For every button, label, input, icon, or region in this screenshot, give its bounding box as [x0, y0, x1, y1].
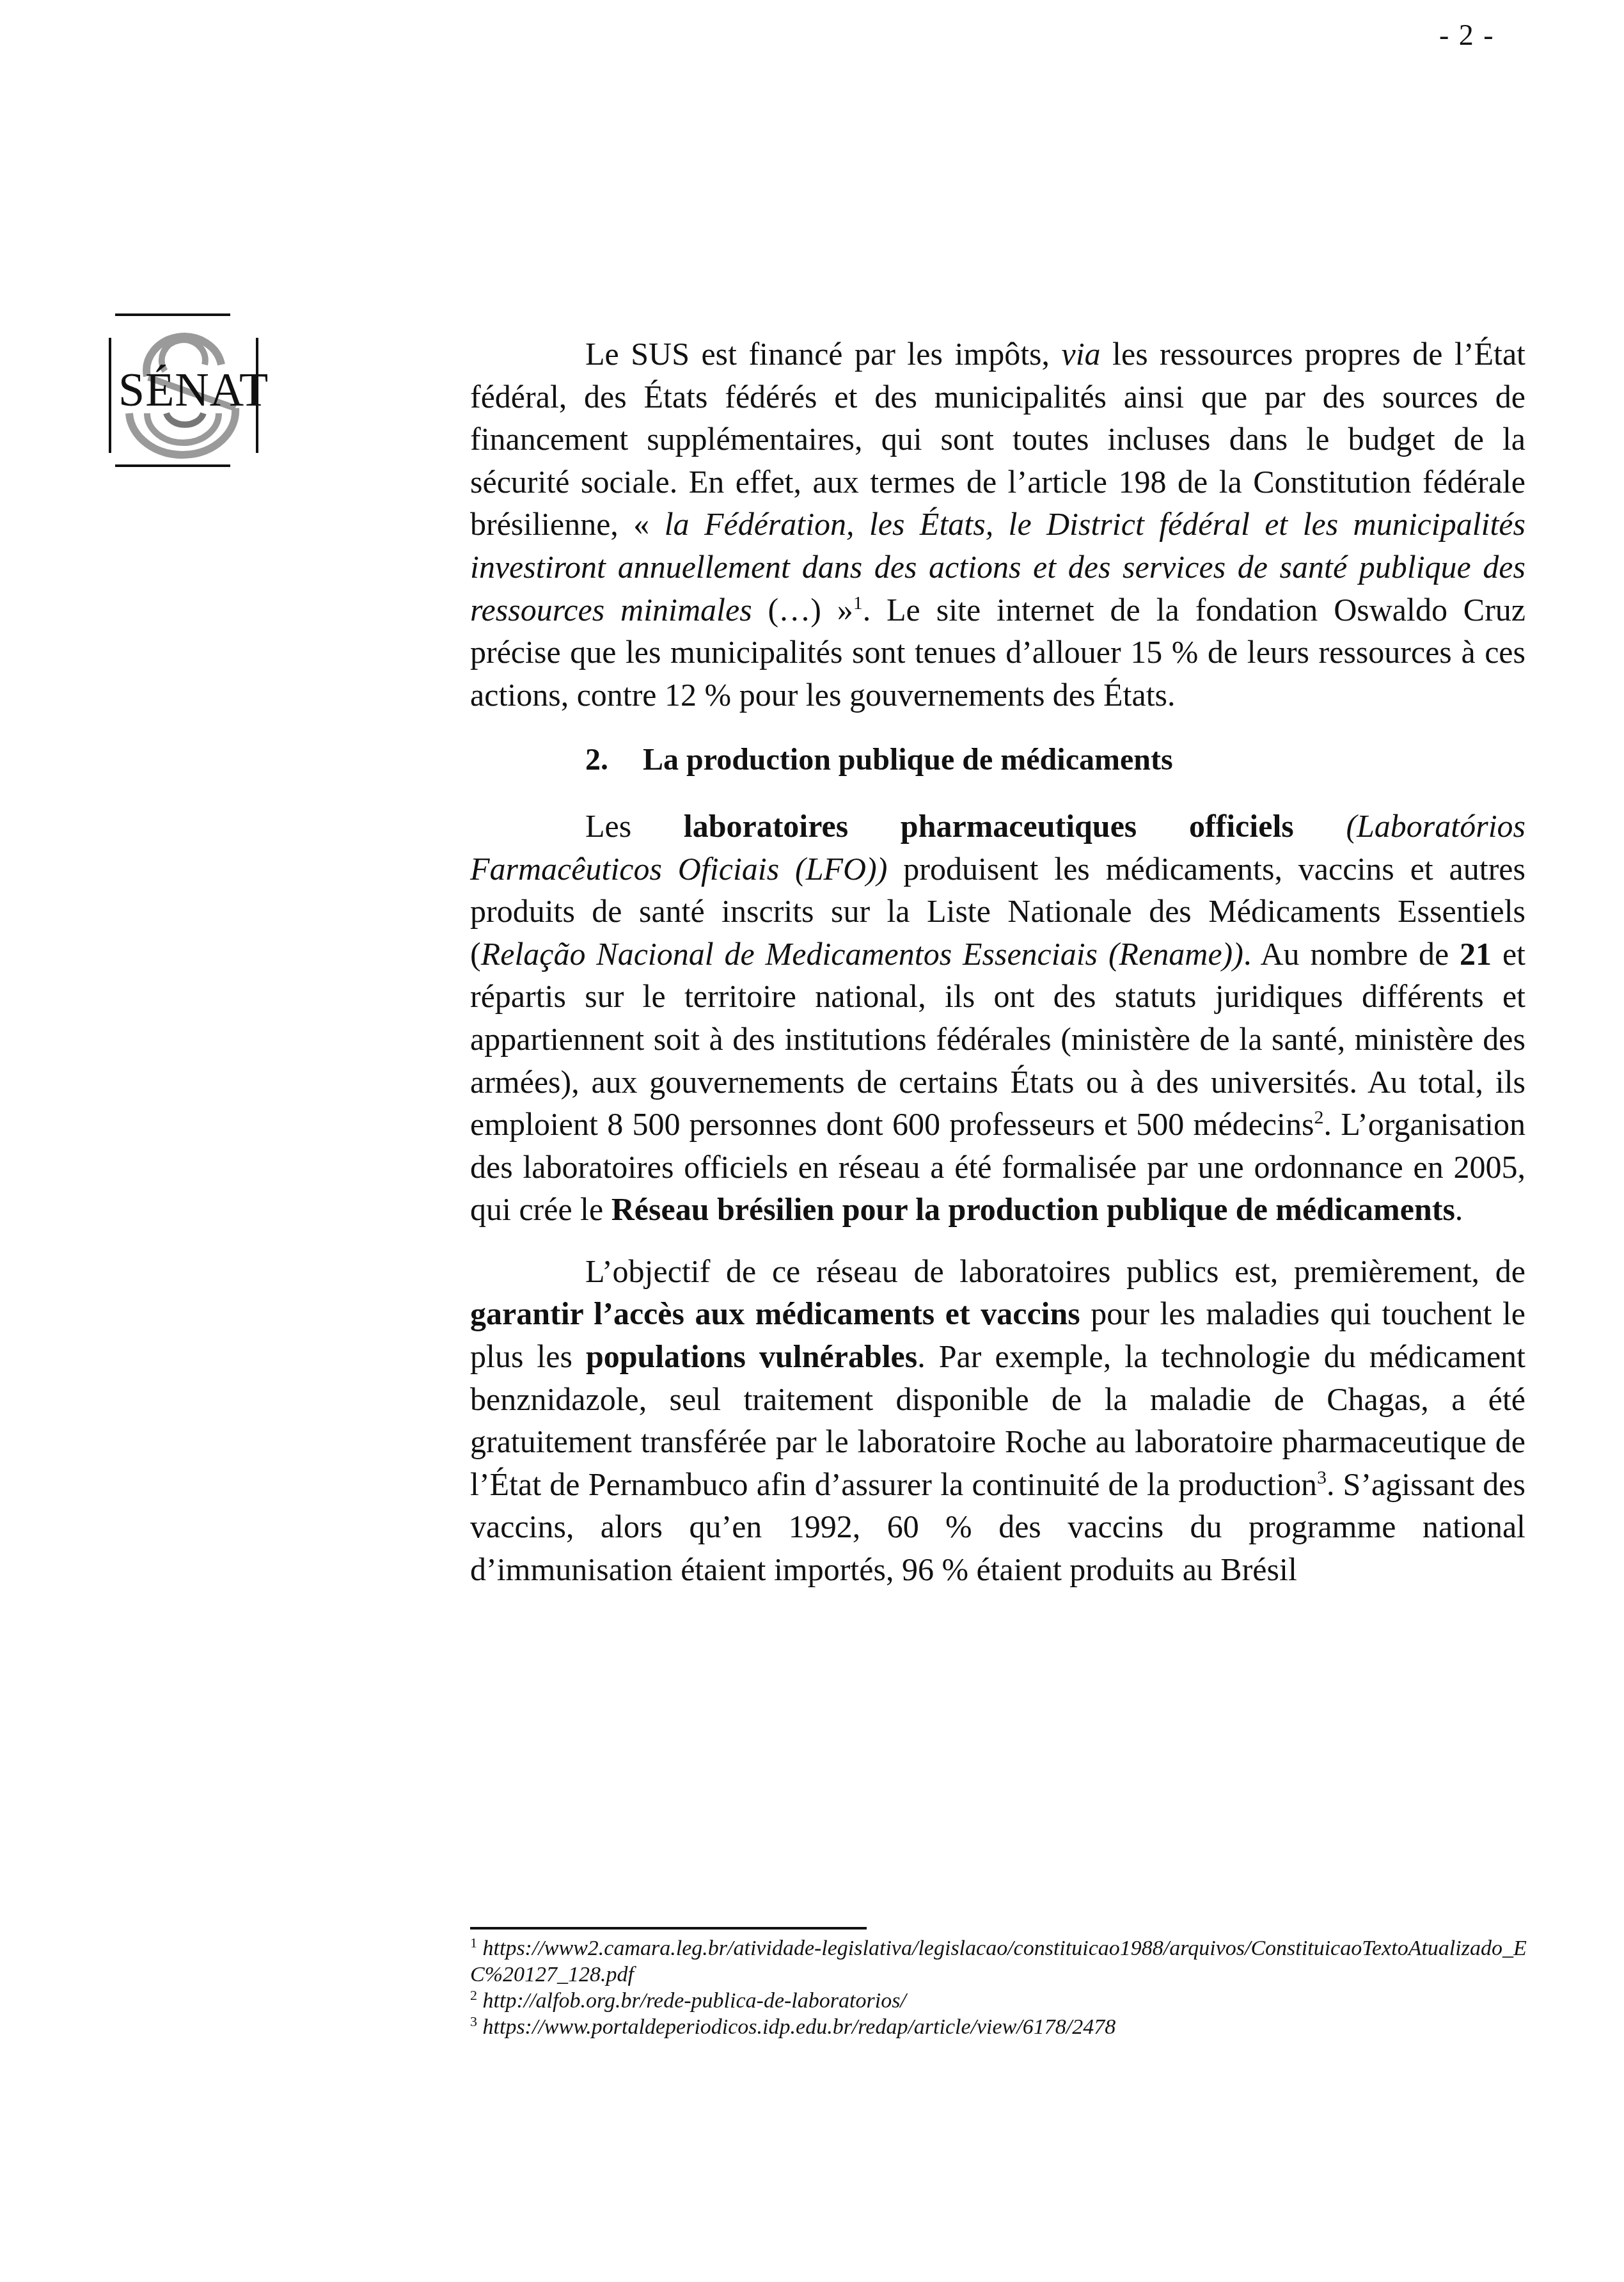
italic-text: via — [1062, 336, 1101, 372]
footnote-ref-3[interactable]: 3 — [1317, 1467, 1327, 1488]
paragraph-laboratories: Les laboratoires pharmaceutiques officie… — [470, 805, 1525, 1231]
bold-text: laboratoires pharmaceutiques officiels — [684, 808, 1294, 844]
senat-logo: SÉNAT — [96, 306, 249, 466]
section-title: La production publique de médicaments — [643, 743, 1173, 777]
logo-text: SÉNAT — [118, 363, 269, 418]
footnote-1: 1 https://www2.camara.leg.br/atividade-l… — [470, 1935, 1545, 1988]
document-body: Le SUS est financé par les impôts, via l… — [470, 333, 1525, 1591]
footnote-2: 2 http://alfob.org.br/rede-publica-de-la… — [470, 1988, 1545, 2014]
page-number: - 2 - — [1439, 18, 1495, 52]
text: Le SUS est financé par les impôts, — [585, 336, 1062, 372]
bold-text: garantir l’accès aux médicaments et vacc… — [470, 1296, 1080, 1331]
footnotes: 1 https://www2.camara.leg.br/atividade-l… — [470, 1935, 1545, 2040]
italic-text: Relação Nacional de Medicamentos Essenci… — [481, 936, 1243, 972]
section-heading: 2.La production publique de médicaments — [470, 739, 1525, 782]
footnote-number: 1 — [470, 1935, 477, 1951]
footnote-ref-1[interactable]: 1 — [853, 592, 863, 614]
text: . Au nombre de — [1243, 936, 1460, 972]
bold-text: Réseau brésilien pour la production publ… — [611, 1191, 1455, 1227]
text: (…) » — [752, 592, 853, 628]
section-number: 2. — [585, 739, 643, 782]
footnote-link[interactable]: http://alfob.org.br/rede-publica-de-labo… — [477, 1989, 906, 2013]
text: L’objectif de ce réseau de laboratoires … — [585, 1253, 1525, 1289]
footnote-separator — [470, 1927, 867, 1929]
paragraph-objective: L’objectif de ce réseau de laboratoires … — [470, 1250, 1525, 1591]
footnote-link[interactable]: https://www.portaldeperiodicos.idp.edu.b… — [477, 2015, 1116, 2039]
footnote-3: 3 https://www.portaldeperiodicos.idp.edu… — [470, 2014, 1545, 2040]
text: Les — [585, 808, 684, 844]
bold-text: populations vulnérables — [586, 1338, 917, 1374]
text: . — [1455, 1191, 1463, 1227]
footnote-link[interactable]: https://www2.camara.leg.br/atividade-leg… — [470, 1937, 1527, 1986]
footnote-number: 3 — [470, 2013, 477, 2029]
footnote-ref-2[interactable]: 2 — [1314, 1107, 1323, 1128]
bold-text: 21 — [1460, 936, 1492, 972]
paragraph-financing: Le SUS est financé par les impôts, via l… — [470, 333, 1525, 716]
footnote-number: 2 — [470, 1987, 477, 2003]
